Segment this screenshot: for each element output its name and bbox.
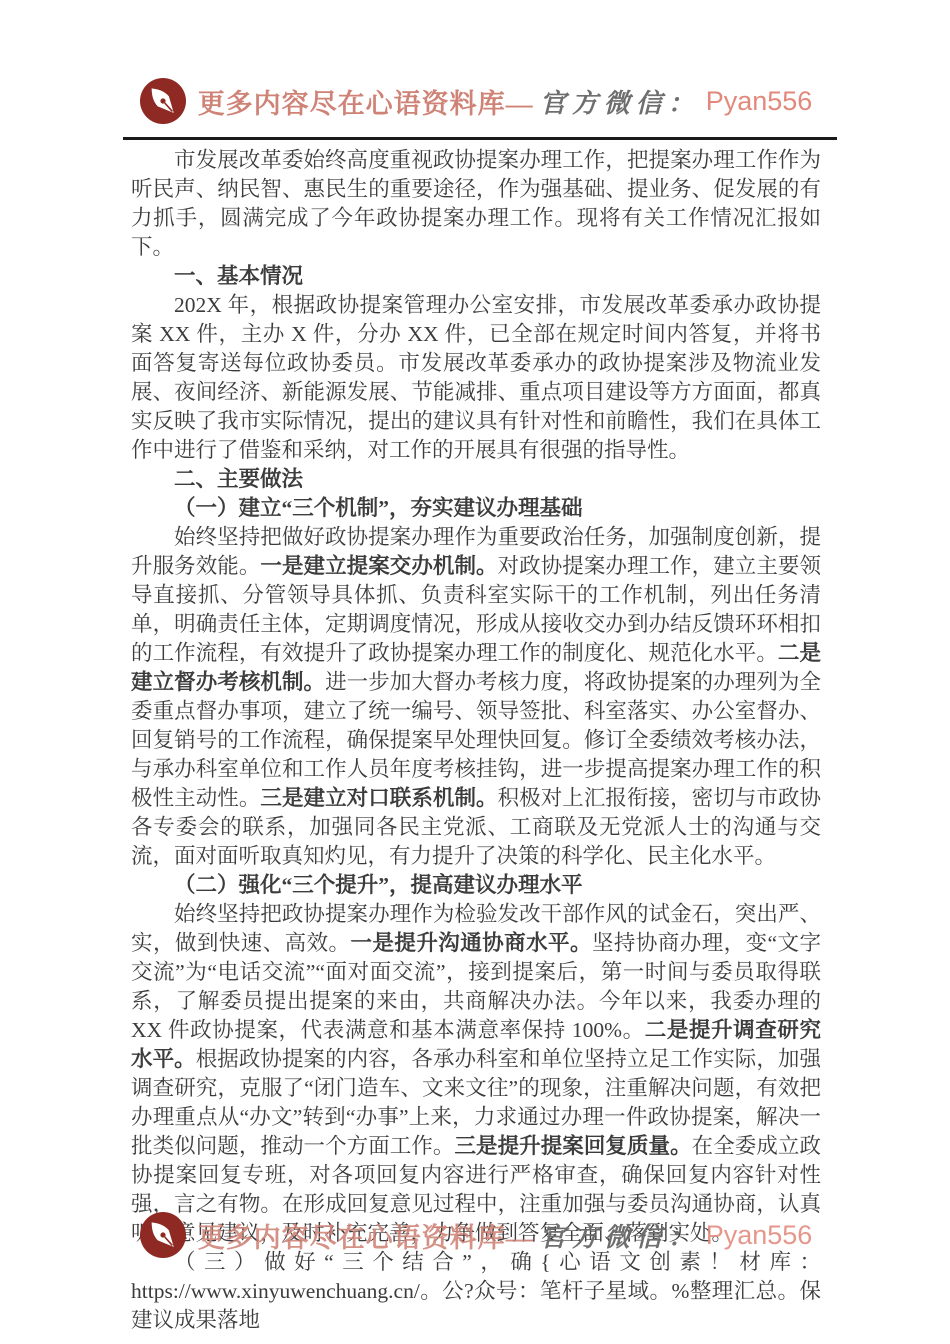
header-divider: [123, 137, 837, 140]
wechat-id: Pyan556: [706, 1220, 813, 1251]
pen-nib-logo-icon: [138, 75, 188, 127]
wechat-id: Pyan556: [706, 86, 813, 117]
bold-run: （二）强化“三个提升”，提高建议办理水平: [174, 873, 583, 897]
section-heading: （一）建立“三个机制”，夯实建议办理基础: [131, 494, 821, 523]
bold-run: 三是提升提案回复质量。: [454, 1134, 691, 1158]
pen-nib-logo-icon: [138, 1209, 188, 1261]
bold-run: （一）建立“三个机制”，夯实建议办理基础: [174, 496, 583, 520]
text-run: 202X 年，根据政协提案管理办公室安排，市发展改革委承办政协提案 XX 件，主…: [131, 293, 821, 462]
bold-run: 三是建立对口联系机制。: [260, 786, 497, 810]
section-heading: （二）强化“三个提升”，提高建议办理水平: [131, 871, 821, 900]
footer-banner: 更多内容尽在心语资料库— 官方微信： Pyan556: [0, 1206, 950, 1264]
bold-run: 一、基本情况: [174, 264, 303, 288]
paragraph: 202X 年，根据政协提案管理办公室安排，市发展改革委承办政协提案 XX 件，主…: [131, 291, 821, 465]
section-heading: 一、基本情况: [131, 262, 821, 291]
paragraph: 始终坚持把做好政协提案办理作为重要政治任务，加强制度创新，提升服务效能。一是建立…: [131, 523, 821, 871]
bold-run: 一是提升沟通协商水平。: [351, 931, 592, 955]
document-page: 更多内容尽在心语资料库— 官方微信： Pyan556 市发展改革委始终高度重视政…: [0, 0, 950, 1344]
section-heading: 二、主要做法: [131, 465, 821, 494]
wechat-label: 官方微信：: [540, 83, 700, 120]
header-banner: 更多内容尽在心语资料库— 官方微信： Pyan556: [0, 72, 950, 130]
paragraph: 始终坚持把政协提案办理作为检验发改干部作风的试金石，突出严、实，做到快速、高效。…: [131, 900, 821, 1248]
text-run: 市发展改革委始终高度重视政协提案办理工作，把提案办理工作作为听民声、纳民智、惠民…: [131, 148, 821, 259]
paragraph: 市发展改革委始终高度重视政协提案办理工作，把提案办理工作作为听民声、纳民智、惠民…: [131, 146, 821, 262]
brand-text: 更多内容尽在心语资料库—: [198, 1216, 534, 1255]
bold-run: 一是建立提案交办机制。: [260, 554, 497, 578]
document-body: 市发展改革委始终高度重视政协提案办理工作，把提案办理工作作为听民声、纳民智、惠民…: [131, 146, 821, 1335]
wechat-label: 官方微信：: [540, 1217, 700, 1254]
bold-run: 二、主要做法: [174, 467, 303, 491]
brand-text: 更多内容尽在心语资料库—: [198, 82, 534, 121]
